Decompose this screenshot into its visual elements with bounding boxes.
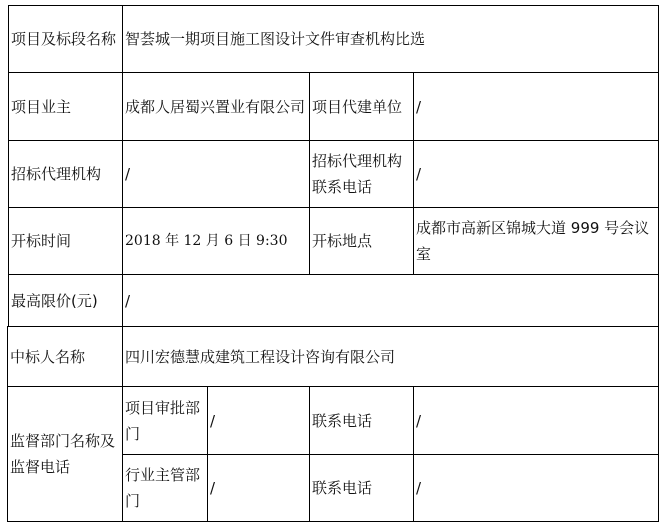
industry-phone-value: / [416,475,421,501]
max-price-label-cell: 最高限价(元) [9,275,122,326]
owner-value: 成都人居蜀兴置业有限公司 [125,94,305,120]
max-price-value-cell: / [123,275,658,326]
owner-label-cell: 项目业主 [9,73,122,140]
approval-phone-label-cell: 联系电话 [310,387,413,454]
industry-dept-label: 行业主管部门 [125,462,207,514]
approval-phone-value: / [416,408,421,434]
max-price-value: / [125,288,130,314]
winner-value-cell: 四川宏德慧成建筑工程设计咨询有限公司 [123,327,658,386]
project-name-value-cell: 智荟城一期项目施工图设计文件审查机构比选 [123,6,658,72]
tender-agency-phone-value-cell: / [414,141,658,207]
industry-dept-value: / [210,475,215,501]
opening-place-label: 开标地点 [312,228,372,254]
agent-builder-value-cell: / [414,73,658,140]
agent-builder-label-cell: 项目代建单位 [310,73,413,140]
supervision-label: 监督部门名称及监督电话 [10,428,122,480]
opening-time-value: 2018 年 12 月 6 日 9:30 [125,228,288,254]
tender-agency-label-cell: 招标代理机构 [9,141,122,207]
industry-phone-value-cell: / [414,455,658,521]
supervision-label-cell: 监督部门名称及监督电话 [8,387,122,521]
approval-phone-label: 联系电话 [312,408,372,434]
industry-dept-value-cell: / [208,455,309,521]
tender-agency-phone-label-cell: 招标代理机构联系电话 [310,141,413,207]
tender-agency-phone-value: / [416,161,421,187]
opening-time-value-cell: 2018 年 12 月 6 日 9:30 [123,208,309,274]
table-border-bottom [7,521,659,522]
max-price-label: 最高限价(元) [11,288,98,314]
table-border-right [658,5,659,522]
owner-label: 项目业主 [11,94,71,120]
tender-agency-value-cell: / [123,141,309,207]
winner-label: 中标人名称 [10,344,85,370]
tender-agency-value: / [125,161,130,187]
winner-label-cell: 中标人名称 [8,327,122,386]
project-name-value: 智荟城一期项目施工图设计文件审查机构比选 [125,26,425,52]
industry-phone-label-cell: 联系电话 [310,455,413,521]
opening-time-label: 开标时间 [11,228,71,254]
industry-dept-label-cell: 行业主管部门 [123,455,207,521]
approval-dept-label: 项目审批部门 [125,395,207,447]
approval-phone-value-cell: / [414,387,658,454]
opening-place-value: 成都市高新区锦城大道 999 号会议室 [416,215,658,267]
winner-value: 四川宏德慧成建筑工程设计咨询有限公司 [125,344,395,370]
approval-dept-value-cell: / [208,387,309,454]
tender-agency-label: 招标代理机构 [11,161,101,187]
industry-phone-label: 联系电话 [312,475,372,501]
opening-time-label-cell: 开标时间 [9,208,122,274]
project-name-label-cell: 项目及标段名称 [9,6,122,72]
opening-place-value-cell: 成都市高新区锦城大道 999 号会议室 [414,208,658,274]
approval-dept-label-cell: 项目审批部门 [123,387,207,454]
approval-dept-value: / [210,408,215,434]
tender-agency-phone-label: 招标代理机构联系电话 [312,148,413,200]
opening-place-label-cell: 开标地点 [310,208,413,274]
agent-builder-value: / [416,94,421,120]
owner-value-cell: 成都人居蜀兴置业有限公司 [123,73,309,140]
project-name-label: 项目及标段名称 [11,26,116,52]
agent-builder-label: 项目代建单位 [312,94,402,120]
